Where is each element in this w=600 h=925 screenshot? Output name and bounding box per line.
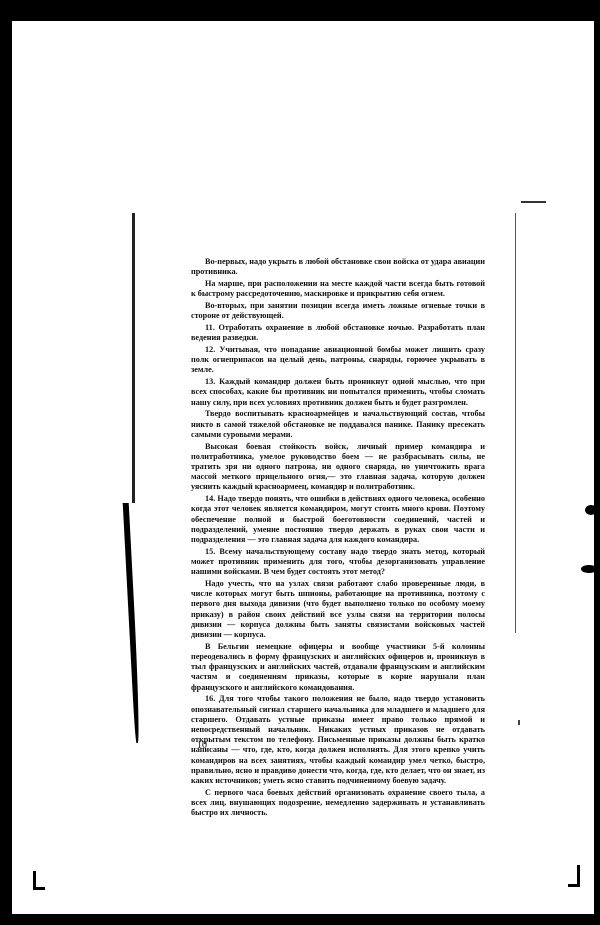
- paragraph: 13. Каждый командир должен быть проникну…: [191, 377, 485, 408]
- paragraph: 14. Надо твердо понять, что ошибки в дей…: [191, 494, 485, 545]
- paragraph: 12. Учитывая, что попадание авиационной …: [191, 345, 485, 376]
- right-corner-tick: [521, 201, 546, 203]
- paragraph: На марше, при расположении на месте кажд…: [191, 279, 485, 299]
- crop-mark-bottom-left-h: [33, 887, 45, 890]
- body-text: Во-первых, надо укрыть в любой обстановк…: [191, 257, 485, 820]
- paragraph: Надо учесть, что на узлах связи работают…: [191, 579, 485, 640]
- paragraph: Высокая боевая стойкость войск, личный п…: [191, 442, 485, 493]
- paragraph: 15. Всему начальствующему составу надо т…: [191, 547, 485, 578]
- paragraph: Во-вторых, при занятии позиции всегда им…: [191, 301, 485, 321]
- paragraph: 16. Для того чтобы такого положения не б…: [191, 694, 485, 786]
- scan-speck: [518, 720, 520, 725]
- right-edge-line: [515, 213, 516, 633]
- scan-edge-artifact: [585, 505, 597, 515]
- paragraph: В Бельгии немецкие офицеры и вообще учас…: [191, 642, 485, 693]
- binding-edge-mark: [132, 213, 135, 503]
- paragraph: Твердо воспитывать красноармейцев и нача…: [191, 409, 485, 440]
- paragraph: Во-первых, надо укрыть в любой обстановк…: [191, 257, 485, 277]
- paragraph: 11. Отработать охранение в любой обстано…: [191, 323, 485, 343]
- scan-edge-artifact: [581, 565, 597, 573]
- paragraph: С первого часа боевых действий организов…: [191, 788, 485, 819]
- crop-mark-bottom-right: [577, 865, 580, 886]
- page-number: 10: [197, 740, 207, 751]
- crop-mark-bottom-right-h: [568, 884, 580, 887]
